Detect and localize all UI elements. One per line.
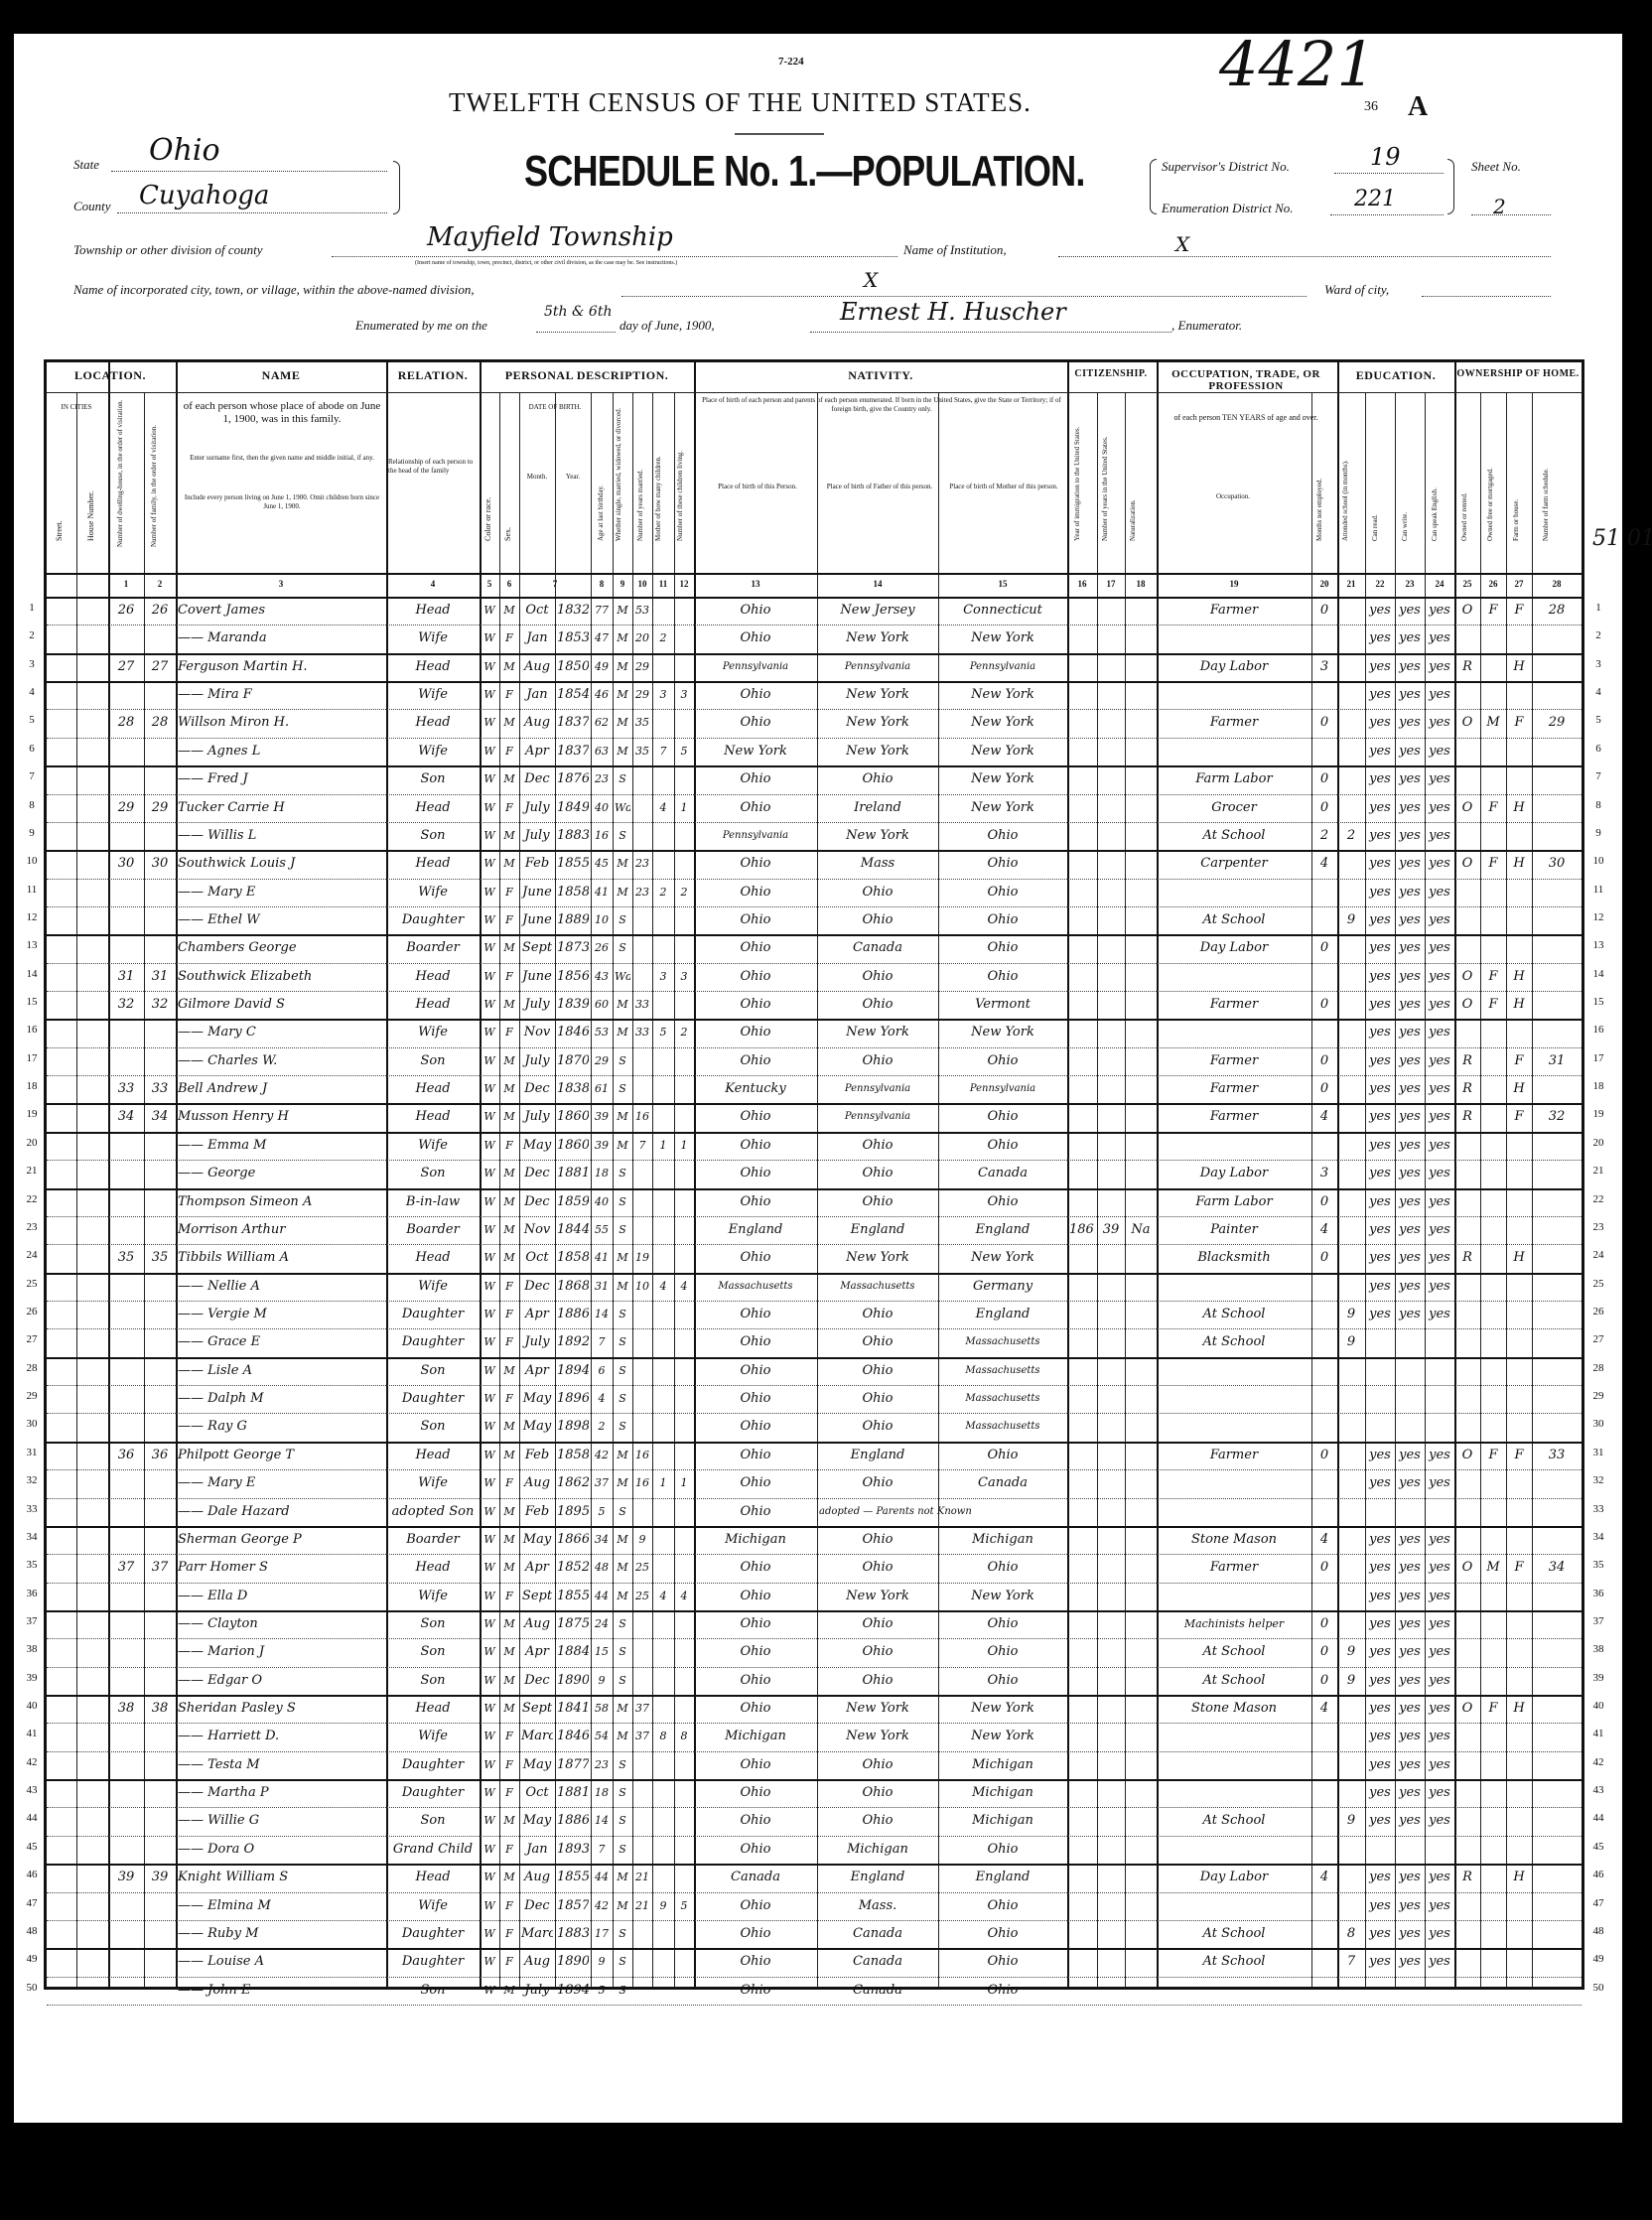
cell-age: 9 <box>593 1948 611 1976</box>
cell-years-married: 33 <box>634 991 650 1019</box>
cell-birthplace-father: England <box>819 1864 936 1891</box>
cell-dwelling-number: 38 <box>110 1695 142 1723</box>
cell-sex: M <box>501 934 517 962</box>
cell-birth-year: 1883 <box>557 1920 589 1948</box>
cell-birthplace-father: Pennsylvania <box>819 653 936 681</box>
cell-birthplace-person: Ohio <box>696 1047 815 1075</box>
brace-right-close <box>1447 159 1454 214</box>
cell-children-living: 4 <box>676 1273 692 1301</box>
cell-can-speak: yes <box>1427 1583 1452 1610</box>
cell-can-write: yes <box>1397 1019 1423 1046</box>
cell-occupation: Farmer <box>1159 1554 1309 1582</box>
cell-marital-status: S <box>615 822 630 850</box>
table-row: 3737Parr Homer SHeadWMApr185248M25OhioOh… <box>47 1554 1582 1582</box>
cell-person-name: Tucker Carrie H <box>178 794 384 822</box>
table-row: —— Ray GSonWMMay18982SOhioOhioMassachuse… <box>47 1413 1582 1441</box>
cell-birth-month: Nov <box>521 1216 553 1244</box>
cell-age: 29 <box>593 1047 611 1075</box>
table-row: 2727Ferguson Martin H.HeadWMAug185049M29… <box>47 653 1582 681</box>
cell-birthplace-person: Ohio <box>696 1751 815 1779</box>
row-number-left: 11 <box>22 884 42 896</box>
cell-sex: F <box>501 1328 517 1356</box>
cell-can-speak: yes <box>1427 906 1452 934</box>
row-number-left: 4 <box>22 686 42 698</box>
cell-can-write: yes <box>1397 624 1423 652</box>
table-row: —— Lisle ASonWMApr18946SOhioOhioMassachu… <box>47 1357 1582 1385</box>
cell-can-write: yes <box>1397 1301 1423 1328</box>
cell-birthplace-mother: England <box>940 1864 1065 1891</box>
cell-person-name: —— Martha P <box>178 1779 384 1807</box>
cell-sex: F <box>501 794 517 822</box>
cell-can-read: yes <box>1367 1019 1393 1046</box>
cell-sex: M <box>501 1357 517 1385</box>
cell-color: W <box>482 709 497 737</box>
cell-person-name: —— Harriett D. <box>178 1723 384 1750</box>
cell-can-speak: yes <box>1427 1188 1452 1216</box>
cell-relation: Son <box>388 1807 478 1835</box>
cell-relation: Head <box>388 963 478 991</box>
cell-birth-year: 1860 <box>557 1132 589 1160</box>
cell-marital-status: S <box>615 1779 630 1807</box>
cell-birthplace-person: Ohio <box>696 709 815 737</box>
cell-occupation: Farm Labor <box>1159 765 1309 793</box>
cell-months-unemployed: 0 <box>1313 1047 1335 1075</box>
cell-immigration-year: 1861 <box>1069 1216 1095 1244</box>
cell-children-living: 5 <box>676 1892 692 1920</box>
cell-birthplace-mother: Ohio <box>940 1948 1065 1976</box>
cell-children-living: 3 <box>676 963 692 991</box>
cell-relation: Son <box>388 1357 478 1385</box>
cell-can-read: yes <box>1367 1442 1393 1469</box>
row-number-left: 40 <box>22 1700 42 1712</box>
cell-farm-schedule: 33 <box>1534 1442 1580 1469</box>
cell-children-living: 1 <box>676 794 692 822</box>
attended-school-label: Attended school (in months). <box>1341 402 1350 541</box>
cell-birthplace-person: Ohio <box>696 1469 815 1497</box>
cell-sex: M <box>501 1638 517 1666</box>
cell-color: W <box>482 1413 497 1441</box>
cell-birth-year: 1854 <box>557 681 589 709</box>
cell-birthplace-mother: Connecticut <box>940 597 1065 624</box>
cell-farm-house: H <box>1508 1864 1530 1891</box>
cell-relation: Daughter <box>388 1385 478 1413</box>
cell-mother-of: 1 <box>654 1132 672 1160</box>
cell-can-read: yes <box>1367 738 1393 765</box>
institution-line <box>1058 256 1551 257</box>
cell-birthplace-father: Ohio <box>819 991 936 1019</box>
cell-sex: M <box>501 597 517 624</box>
cell-birthplace-mother: Ohio <box>940 822 1065 850</box>
state-value: Ohio <box>149 133 220 168</box>
cell-birthplace-person: Ohio <box>696 1413 815 1441</box>
cell-person-name: Sherman George P <box>178 1526 384 1554</box>
cell-birth-year: 1844 <box>557 1216 589 1244</box>
cell-birth-month: July <box>521 1328 553 1356</box>
cell-birthplace-mother: New York <box>940 1723 1065 1750</box>
cell-birth-month: July <box>521 822 553 850</box>
cell-occupation: Farmer <box>1159 991 1309 1019</box>
enumerator-suffix: , Enumerator. <box>1171 318 1242 334</box>
cell-owned-rented: O <box>1456 794 1478 822</box>
cell-occupation: Carpenter <box>1159 850 1309 878</box>
cell-children-living: 2 <box>676 879 692 906</box>
cell-birth-month: Sept <box>521 1695 553 1723</box>
cell-person-name: —— Mary C <box>178 1019 384 1046</box>
cell-can-write: yes <box>1397 653 1423 681</box>
cell-birthplace-father: Ohio <box>819 1385 936 1413</box>
cell-birthplace-father: New York <box>819 624 936 652</box>
cell-relation: Son <box>388 1413 478 1441</box>
cell-birthplace-father: New York <box>819 738 936 765</box>
column-number: 28 <box>1532 579 1582 589</box>
cell-relation: Head <box>388 991 478 1019</box>
cell-birth-month: Jan <box>521 1836 553 1864</box>
cell-can-speak: yes <box>1427 1695 1452 1723</box>
cell-relation: Son <box>388 765 478 793</box>
column-number: 10 <box>632 579 652 589</box>
row-number-right: 2 <box>1588 629 1608 641</box>
cell-can-write: yes <box>1397 1244 1423 1272</box>
cell-color: W <box>482 879 497 906</box>
row-number-left: 37 <box>22 1615 42 1627</box>
cell-birthplace-father: Ohio <box>819 1047 936 1075</box>
cell-marital-status: Wd <box>615 963 630 991</box>
row-number-right: 18 <box>1588 1080 1608 1092</box>
row-number-left: 9 <box>22 827 42 839</box>
cell-years-married: 29 <box>634 653 650 681</box>
cell-age: 44 <box>593 1864 611 1891</box>
cell-can-read: yes <box>1367 1892 1393 1920</box>
cell-marital-status: S <box>615 1357 630 1385</box>
cell-relation: Son <box>388 1638 478 1666</box>
cell-color: W <box>482 1273 497 1301</box>
cell-age: 10 <box>593 906 611 934</box>
cell-relation: adopted Son <box>388 1498 478 1526</box>
cell-occupation: Day Labor <box>1159 653 1309 681</box>
table-row: Sherman George PBoarderWMMay186634M9Mich… <box>47 1526 1582 1554</box>
cell-years-married: 35 <box>634 738 650 765</box>
cell-family-number: 36 <box>146 1442 174 1469</box>
cell-attended-school: 9 <box>1339 1301 1363 1328</box>
row-number-left: 25 <box>22 1278 42 1290</box>
cell-birth-year: 1852 <box>557 1554 589 1582</box>
cell-marital-status: M <box>615 653 630 681</box>
cell-birth-month: May <box>521 1807 553 1835</box>
cell-birthplace-mother: Ohio <box>940 1047 1065 1075</box>
cell-farm-schedule: 30 <box>1534 850 1580 878</box>
cell-dwelling-number: 32 <box>110 991 142 1019</box>
cell-color: W <box>482 1948 497 1976</box>
cell-children-living: 8 <box>676 1723 692 1750</box>
cell-person-name: —— Ella D <box>178 1583 384 1610</box>
cell-farm-schedule: 34 <box>1534 1554 1580 1582</box>
cell-color: W <box>482 765 497 793</box>
group-nativity: NATIVITY. <box>694 368 1067 383</box>
row-number-left: 3 <box>22 658 42 670</box>
cell-birthplace-father: New York <box>819 1019 936 1046</box>
cell-birth-month: May <box>521 1526 553 1554</box>
table-row: 3939Knight William SHeadWMAug185544M21Ca… <box>47 1864 1582 1891</box>
cell-can-speak: yes <box>1427 1244 1452 1272</box>
cell-farm-house: H <box>1508 653 1530 681</box>
cell-occupation: Grocer <box>1159 794 1309 822</box>
cell-dwelling-number: 29 <box>110 794 142 822</box>
row-number-left: 46 <box>22 1869 42 1880</box>
marital-label: Whether single, married, widowed, or div… <box>615 402 623 541</box>
table-row: —— Mary CWifeWFNov184653M3352OhioNew Yor… <box>47 1019 1582 1046</box>
cell-owned-rented: O <box>1456 850 1478 878</box>
relation-description: Relationship of each person to the head … <box>388 458 478 476</box>
cell-color: W <box>482 1864 497 1891</box>
table-row: —— Agnes LWifeWFApr183763M3575New YorkNe… <box>47 738 1582 765</box>
cell-birthplace-father: Canada <box>819 1948 936 1976</box>
row-number-right: 7 <box>1588 770 1608 782</box>
cell-color: W <box>482 1892 497 1920</box>
cell-family-number: 27 <box>146 653 174 681</box>
row-number-right: 44 <box>1588 1812 1608 1824</box>
cell-age: 40 <box>593 794 611 822</box>
cell-birthplace-person: Ohio <box>696 1328 815 1356</box>
cell-family-number: 33 <box>146 1075 174 1103</box>
cell-person-name: —— Fred J <box>178 765 384 793</box>
cell-sex: F <box>501 1836 517 1864</box>
cell-birthplace-mother: Pennsylvania <box>940 1075 1065 1103</box>
county-line <box>117 212 387 213</box>
cell-person-name: —— Nellie A <box>178 1273 384 1301</box>
cell-can-speak: yes <box>1427 1779 1452 1807</box>
row-number-right: 35 <box>1588 1559 1608 1571</box>
cell-age: 47 <box>593 624 611 652</box>
cell-birth-month: May <box>521 1413 553 1441</box>
cell-birthplace-mother: Ohio <box>940 1892 1065 1920</box>
cell-birth-year: 1877 <box>557 1751 589 1779</box>
cell-sex: M <box>501 1075 517 1103</box>
cell-age: 7 <box>593 1328 611 1356</box>
cell-birthplace-mother: Massachusetts <box>940 1385 1065 1413</box>
column-number: 21 <box>1337 579 1365 589</box>
cell-owned-free: F <box>1482 597 1504 624</box>
cell-months-unemployed: 4 <box>1313 1216 1335 1244</box>
brace-left <box>393 161 400 214</box>
cell-can-speak: yes <box>1427 1216 1452 1244</box>
cell-sex: F <box>501 1385 517 1413</box>
column-number: 19 <box>1157 579 1311 589</box>
cell-birthplace-mother: England <box>940 1301 1065 1328</box>
cell-can-read: yes <box>1367 1188 1393 1216</box>
table-row: —— Ruby MDaughterWFMarch188317SOhioCanad… <box>47 1920 1582 1948</box>
cell-birth-month: Aug <box>521 653 553 681</box>
row-number-right: 21 <box>1588 1165 1608 1177</box>
brace-right-open <box>1150 159 1157 214</box>
cell-marital-status: M <box>615 991 630 1019</box>
cell-person-name: Knight William S <box>178 1864 384 1891</box>
cell-birthplace-person: Ohio <box>696 1188 815 1216</box>
cell-mother-of: 2 <box>654 879 672 906</box>
cell-can-read: yes <box>1367 1075 1393 1103</box>
cell-occupation: Farmer <box>1159 597 1309 624</box>
cell-occupation: Stone Mason <box>1159 1695 1309 1723</box>
nativity-description: Place of birth of each person and parent… <box>698 396 1065 414</box>
cell-months-unemployed: 2 <box>1313 822 1335 850</box>
cell-sex: M <box>501 765 517 793</box>
cell-sex: F <box>501 1469 517 1497</box>
cell-months-unemployed: 0 <box>1313 1667 1335 1695</box>
cell-years-married: 37 <box>634 1695 650 1723</box>
row-number-right: 43 <box>1588 1784 1608 1796</box>
cell-birthplace-father: Ohio <box>819 1526 936 1554</box>
row-number-left: 42 <box>22 1756 42 1768</box>
cell-birthplace-person: Ohio <box>696 1498 815 1526</box>
cell-birthplace-mother: Ohio <box>940 1977 1065 2005</box>
cell-years-married: 10 <box>634 1273 650 1301</box>
cell-birth-year: 1889 <box>557 906 589 934</box>
cell-relation: Head <box>388 794 478 822</box>
cell-sex: F <box>501 879 517 906</box>
cell-relation: Wife <box>388 1132 478 1160</box>
row-number-left: 12 <box>22 911 42 923</box>
cell-can-write: yes <box>1397 1751 1423 1779</box>
cell-sex: M <box>501 1498 517 1526</box>
month-label: Month. <box>519 472 555 483</box>
cell-birthplace-mother: Massachusetts <box>940 1357 1065 1385</box>
cell-relation: Daughter <box>388 1920 478 1948</box>
cell-can-speak: yes <box>1427 1160 1452 1187</box>
cell-birthplace-father: Ohio <box>819 1188 936 1216</box>
cell-can-read: yes <box>1367 1132 1393 1160</box>
cell-birth-year: 1837 <box>557 709 589 737</box>
cell-months-unemployed: 0 <box>1313 794 1335 822</box>
margin-note: 51 01 <box>1592 526 1652 551</box>
cell-sex: F <box>501 738 517 765</box>
enumerator-name: Ernest H. Huscher <box>840 298 1066 326</box>
group-relation: RELATION. <box>386 368 480 383</box>
cell-age: 34 <box>593 1526 611 1554</box>
cell-family-number: 37 <box>146 1554 174 1582</box>
cell-color: W <box>482 1723 497 1750</box>
cell-birthplace-mother: Ohio <box>940 906 1065 934</box>
column-number: 9 <box>613 579 632 589</box>
cell-birthplace-father: New Jersey <box>819 597 936 624</box>
cell-sex: F <box>501 963 517 991</box>
cell-birthplace-father: Canada <box>819 934 936 962</box>
cell-birthplace-father: Ohio <box>819 1779 936 1807</box>
cell-can-speak: yes <box>1427 653 1452 681</box>
cell-birth-month: July <box>521 1047 553 1075</box>
cell-marital-status: M <box>615 1019 630 1046</box>
cell-relation: Head <box>388 1695 478 1723</box>
months-unemployed-label: Months not employed. <box>1315 452 1324 541</box>
cell-birthplace-mother: Ohio <box>940 1836 1065 1864</box>
cell-color: W <box>482 597 497 624</box>
table-row: Thompson Simeon AB-in-lawWMDec185940SOhi… <box>47 1188 1582 1216</box>
cell-age: 63 <box>593 738 611 765</box>
cell-sex: M <box>501 1695 517 1723</box>
cell-birthplace-mother: New York <box>940 794 1065 822</box>
row-number-right: 36 <box>1588 1588 1608 1599</box>
cell-can-write: yes <box>1397 1638 1423 1666</box>
column-number: 27 <box>1506 579 1532 589</box>
cell-can-write: yes <box>1397 765 1423 793</box>
row-number-right: 13 <box>1588 939 1608 951</box>
cell-person-name: —— Testa M <box>178 1751 384 1779</box>
cell-dwelling-number: 34 <box>110 1103 142 1131</box>
cell-relation: Daughter <box>388 1301 478 1328</box>
cell-birthplace-father: New York <box>819 681 936 709</box>
cell-relation: Head <box>388 1103 478 1131</box>
enumerated-days: 5th & 6th <box>544 304 612 320</box>
cell-relation: Boarder <box>388 934 478 962</box>
cell-farm-house: F <box>1508 1047 1530 1075</box>
cell-birthplace-father: Ohio <box>819 906 936 934</box>
cell-occupation: Machinists helper <box>1159 1610 1309 1638</box>
cell-birth-year: 1894 <box>557 1977 589 2005</box>
column-number: 18 <box>1125 579 1157 589</box>
cell-can-read: yes <box>1367 1807 1393 1835</box>
row-number-right: 3 <box>1588 658 1608 670</box>
cell-person-name: —— Edgar O <box>178 1667 384 1695</box>
cell-birth-year: 1884 <box>557 1638 589 1666</box>
cell-birth-year: 1890 <box>557 1948 589 1976</box>
cell-birthplace-mother: Michigan <box>940 1751 1065 1779</box>
cell-person-name: —— Mira F <box>178 681 384 709</box>
row-divider <box>47 2005 1582 2006</box>
cell-can-read: yes <box>1367 1695 1393 1723</box>
cell-birthplace-person: Ohio <box>696 1892 815 1920</box>
can-speak-label: Can speak English. <box>1431 402 1440 541</box>
cell-family-number: 28 <box>146 709 174 737</box>
cell-birthplace-person: Ohio <box>696 906 815 934</box>
cell-birthplace-mother: Ohio <box>940 1442 1065 1469</box>
cell-occupation: Farm Labor <box>1159 1188 1309 1216</box>
cell-age: 23 <box>593 765 611 793</box>
row-number-left: 38 <box>22 1643 42 1655</box>
cell-birth-month: Aug <box>521 1610 553 1638</box>
cell-birth-month: Dec <box>521 1667 553 1695</box>
cell-person-name: Southwick Louis J <box>178 850 384 878</box>
table-row: 3131Southwick ElizabethHeadWFJune185643W… <box>47 963 1582 991</box>
cell-relation: Head <box>388 1244 478 1272</box>
table-row: 3030Southwick Louis JHeadWMFeb185545M23O… <box>47 850 1582 878</box>
cell-farm-house: H <box>1508 794 1530 822</box>
cell-can-read: yes <box>1367 1751 1393 1779</box>
cell-birthplace-father: New York <box>819 709 936 737</box>
cell-mother-of: 7 <box>654 738 672 765</box>
cell-age: 41 <box>593 879 611 906</box>
cell-occupation: At School <box>1159 906 1309 934</box>
county-label: County <box>73 199 111 214</box>
cell-children-living: 2 <box>676 1019 692 1046</box>
row-number-left: 6 <box>22 743 42 755</box>
row-number-right: 16 <box>1588 1024 1608 1036</box>
cell-occupation: Day Labor <box>1159 934 1309 962</box>
cell-owned-rented: R <box>1456 1075 1478 1103</box>
cell-years-married: 21 <box>634 1892 650 1920</box>
cell-can-read: yes <box>1367 765 1393 793</box>
cell-color: W <box>482 1610 497 1638</box>
cell-marital-status: S <box>615 1751 630 1779</box>
row-number-left: 39 <box>22 1672 42 1684</box>
cell-birthplace-father: Ohio <box>819 1751 936 1779</box>
cell-can-write: yes <box>1397 1047 1423 1075</box>
cell-owned-free: F <box>1482 794 1504 822</box>
cell-farm-house: H <box>1508 850 1530 878</box>
row-number-left: 29 <box>22 1390 42 1402</box>
column-number: 26 <box>1480 579 1506 589</box>
owned-free-label: Owned free or mortgaged. <box>1486 402 1495 541</box>
state-label: State <box>73 157 99 173</box>
cell-birth-year: 1886 <box>557 1807 589 1835</box>
cell-can-write: yes <box>1397 1779 1423 1807</box>
